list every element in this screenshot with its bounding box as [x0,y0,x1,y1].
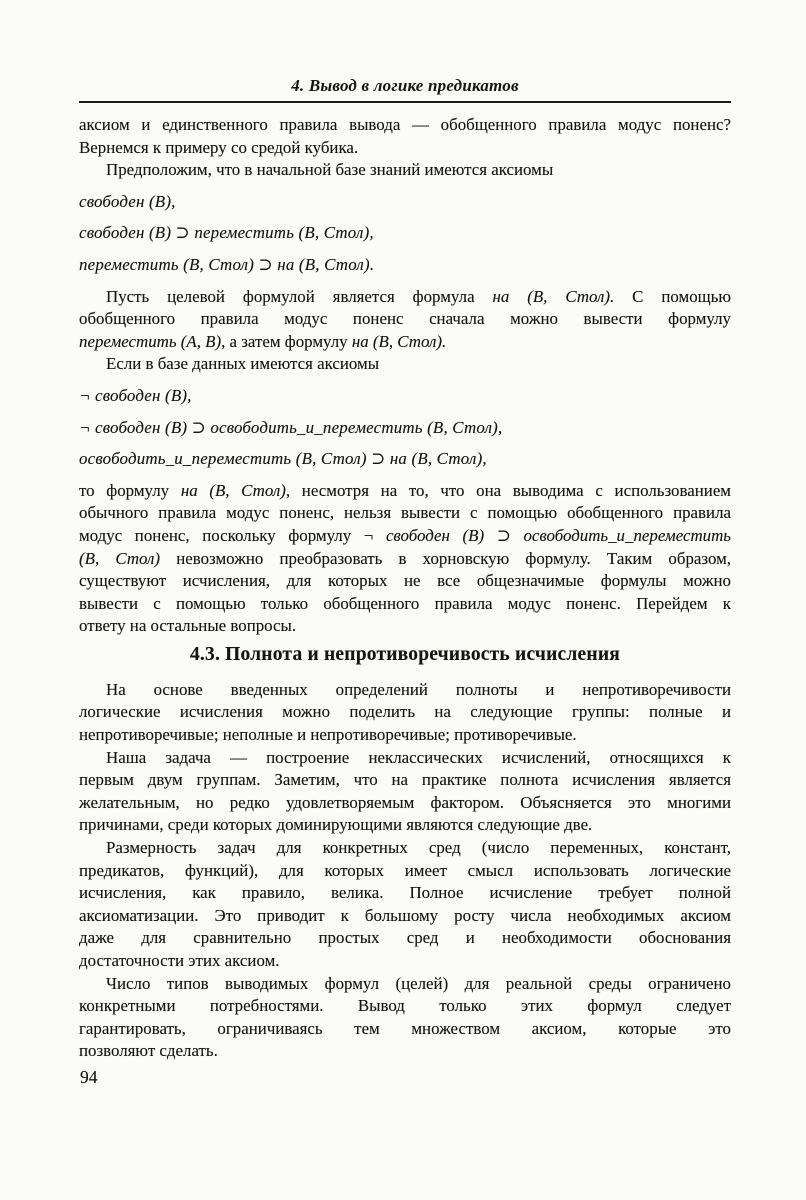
paragraph-line: Пусть целевой формулой является формула … [79,286,731,309]
formula-line: переместить (В, Стол) ⊃ на (В, Стол). [79,254,731,277]
paragraph: то формулу на (В, Стол), несмотря на то,… [79,480,731,638]
paragraph-line: предикатов, функций), для которых имеет … [79,860,731,883]
text-run: свободен (В) [386,526,484,545]
paragraph-line: первым двум группам. Заметим, что на пра… [79,769,731,792]
text-run: причинами, среди которых доминирующими я… [79,815,592,834]
paragraph: Размерность задач для конкретных сред (ч… [79,837,731,973]
text-run: предикатов, функций), для которых имеет … [79,861,731,880]
paragraph-line: ответу на остальные вопросы. [79,615,731,638]
paragraph-line: логические исчисления можно поделить на … [79,701,731,724]
formula-line: свободен (В) ⊃ переместить (В, Стол), [79,222,731,245]
paragraph-line: то формулу на (В, Стол), несмотря на то,… [79,480,731,503]
text-run: (В, Стол) [79,549,160,568]
text-run: аксиом и единственного правила вывода — … [79,115,731,134]
text-run: обобщенного правила модус поненс сначала… [79,309,731,328]
header-rule [79,101,731,103]
text-run: На основе введенных определений полноты … [106,680,731,699]
paragraph-line: желательным, но редко удовлетворяемым фа… [79,792,731,815]
page-body: аксиом и единственного правила вывода — … [79,114,731,1063]
paragraph-line: вывести с помощью только обобщенного пра… [79,593,731,616]
paragraph-line: существуют исчисления, для которых не вс… [79,570,731,593]
text-run: С помощью [614,287,731,306]
running-header: 4. Вывод в логике предикатов [79,76,731,103]
text-run: на (В, Стол) [181,481,286,500]
paragraph: Наша задача — построение неклассических … [79,747,731,837]
book-page: 4. Вывод в логике предикатов аксиом и ед… [0,0,806,1200]
text-run: невозможно преобразовать в хорновскую фо… [160,549,731,568]
text-run: Размерность задач для конкретных сред (ч… [106,838,731,857]
text-run: на (В, Стол). [492,287,614,306]
paragraph-line: обобщенного правила модус поненс сначала… [79,308,731,331]
text-run: достаточности этих аксиом. [79,951,280,970]
paragraph-line: Наша задача — построение неклассических … [79,747,731,770]
paragraph-line: даже для сравнительно простых сред и нео… [79,927,731,950]
text-run: Пусть целевой формулой является формула [106,287,492,306]
paragraph-line: аксиоматизации. Это приводит к большому … [79,905,731,928]
paragraph-line: (В, Стол) невозможно преобразовать в хор… [79,548,731,571]
text-run: то формулу [79,481,181,500]
paragraph: аксиом и единственного правила вывода — … [79,114,731,159]
text-run: Число типов выводимых формул (целей) для… [106,974,731,993]
text-run: Если в базе данных имеются аксиомы [106,354,379,373]
formula-line: освободить_и_переместить (В, Стол) ⊃ на … [79,448,731,471]
formula-line: ¬ свободен (В) ⊃ освободить_и_переместит… [79,417,731,440]
paragraph: Пусть целевой формулой является формула … [79,286,731,354]
text-run: ответу на остальные вопросы. [79,616,296,635]
paragraph-line: Если в базе данных имеются аксиомы [79,353,731,376]
paragraph-line: На основе введенных определений полноты … [79,679,731,702]
paragraph-line: непротиворечивые; неполные и непротиворе… [79,724,731,747]
text-run: обычного правила модус поненс, нельзя вы… [79,503,731,522]
text-run: освободить_и_переместить [523,526,731,545]
text-run: вывести с помощью только обобщенного пра… [79,594,731,613]
paragraph-line: обычного правила модус поненс, нельзя вы… [79,502,731,525]
text-run: Предположим, что в начальной базе знаний… [106,160,553,179]
paragraph-line: аксиом и единственного правила вывода — … [79,114,731,137]
text-run: первым двум группам. Заметим, что на пра… [79,770,731,789]
text-run: исчисления, как правило, велика. Полное … [79,883,731,902]
text-run: модус поненс, поскольку формулу ¬ [79,526,386,545]
page-number: 94 [80,1066,98,1088]
text-run: Наша задача — построение неклассических … [106,748,731,767]
text-run: ⊃ [484,526,523,545]
text-run: позволяют сделать. [79,1041,218,1060]
paragraph-line: Вернемся к примеру со средой кубика. [79,137,731,160]
paragraph-line: переместить (А, В), а затем формулу на (… [79,331,731,354]
text-run: существуют исчисления, для которых не вс… [79,571,731,590]
paragraph-line: исчисления, как правило, велика. Полное … [79,882,731,905]
formula-line: ¬ свободен (В), [79,385,731,408]
text-run: конкретными потребностями. Вывод только … [79,996,731,1015]
paragraph: Предположим, что в начальной базе знаний… [79,159,731,182]
paragraph: На основе введенных определений полноты … [79,679,731,747]
text-run: гарантировать, ограничиваясь тем множест… [79,1019,731,1038]
text-run: , а затем формулу [221,332,352,351]
paragraph-line: Предположим, что в начальной базе знаний… [79,159,731,182]
formula-line: свободен (В), [79,191,731,214]
text-run: желательным, но редко удовлетворяемым фа… [79,793,731,812]
paragraph: Число типов выводимых формул (целей) для… [79,973,731,1063]
text-run: переместить (А, В) [79,332,221,351]
paragraph-line: гарантировать, ограничиваясь тем множест… [79,1018,731,1041]
section-heading: 4.3. Полнота и непротиворечивость исчисл… [79,641,731,669]
paragraph-line: причинами, среди которых доминирующими я… [79,814,731,837]
paragraph-line: конкретными потребностями. Вывод только … [79,995,731,1018]
text-run: на (В, Стол). [352,332,446,351]
text-run: Вернемся к примеру со средой кубика. [79,138,358,157]
paragraph-line: модус поненс, поскольку формулу ¬ свобод… [79,525,731,548]
paragraph-line: Размерность задач для конкретных сред (ч… [79,837,731,860]
running-header-title: 4. Вывод в логике предикатов [79,76,731,96]
text-run: , несмотря на то, что она выводима с исп… [286,481,731,500]
paragraph-line: позволяют сделать. [79,1040,731,1063]
text-run: даже для сравнительно простых сред и нео… [79,928,731,947]
text-run: непротиворечивые; неполные и непротиворе… [79,725,577,744]
paragraph-line: достаточности этих аксиом. [79,950,731,973]
paragraph-line: Число типов выводимых формул (целей) для… [79,973,731,996]
paragraph: Если в базе данных имеются аксиомы [79,353,731,376]
page-sheet: 4. Вывод в логике предикатов аксиом и ед… [79,76,731,1063]
text-run: логические исчисления можно поделить на … [79,702,731,721]
text-run: аксиоматизации. Это приводит к большому … [79,906,731,925]
